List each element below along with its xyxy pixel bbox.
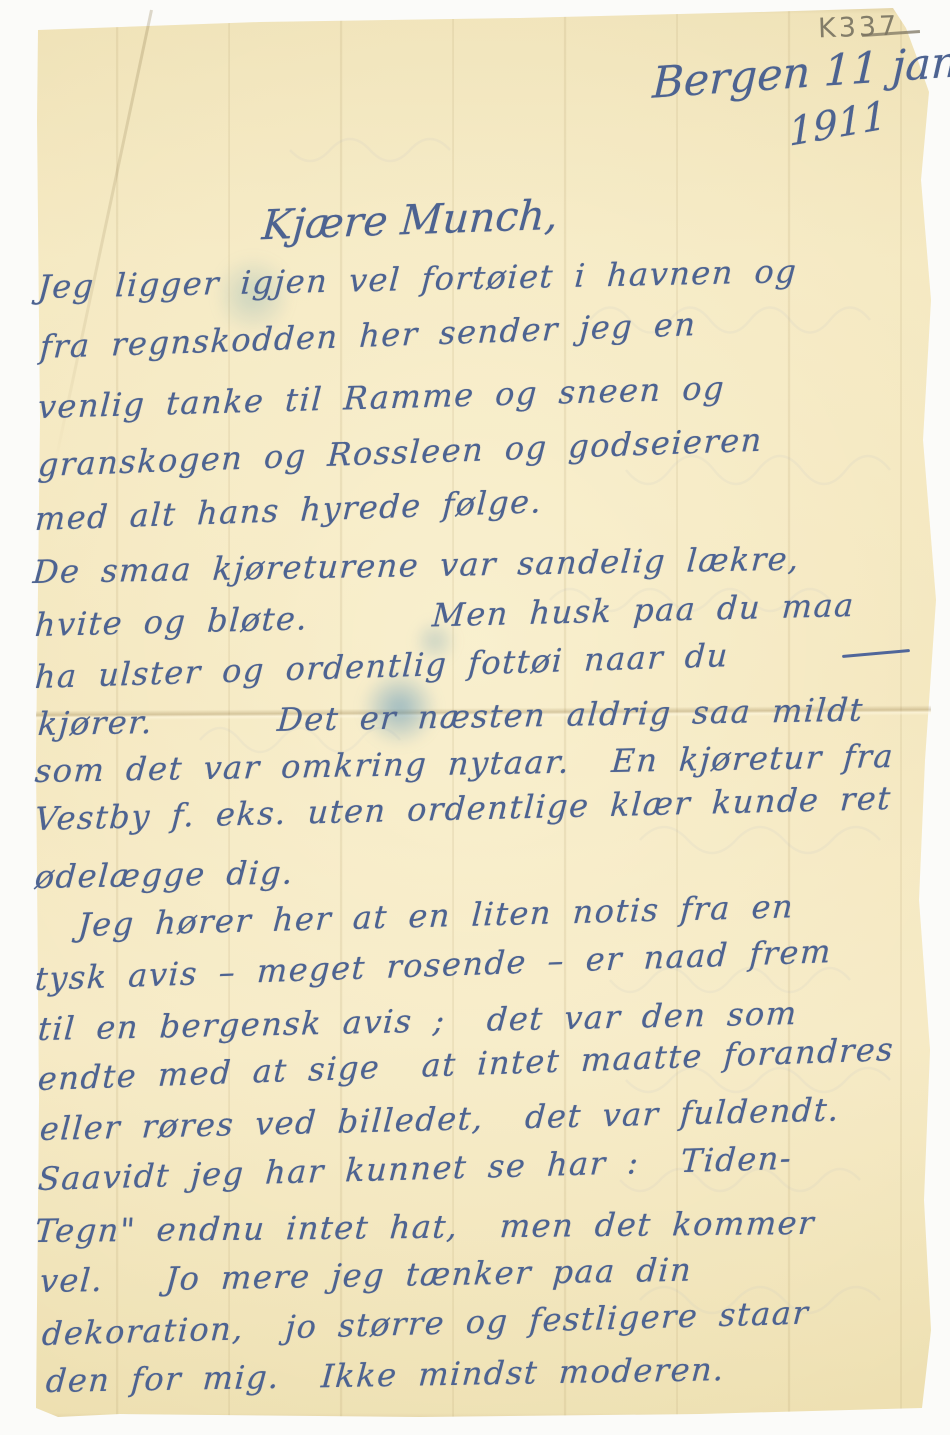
archive-number-pencil: K337 — [817, 11, 899, 45]
scanned-letter-page: K337 Bergen 11 jan 1911 Kjære Munch, Jeg… — [0, 0, 950, 1435]
letter-line: ødelægge dig. — [34, 853, 296, 896]
